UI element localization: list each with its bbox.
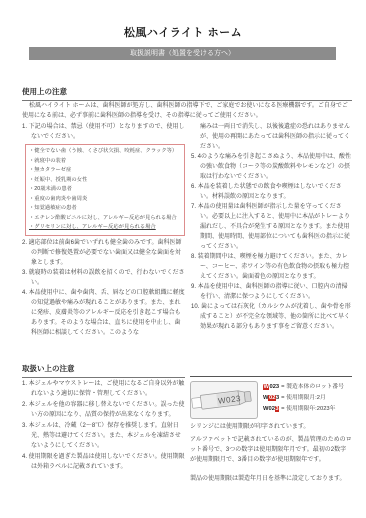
handling-precautions-list: 1. 本ジェルやマウストレーは、ご使用になるご自身以外が触れないよう適切に保管・… [22,379,185,473]
contra-item-glycerin: ・グリセリンに対し、アレルギー反応が見られる場合 [29,223,181,233]
usage-item-10: 10. 歯によっては石灰化（カルシウムが沈着し、歯や骨を形成すること）が不完全な… [191,302,352,332]
expiry-basis-note: 製品の使用期限は製造年月日を基準に設定しております。 [190,474,352,484]
syringe-photo-frame: W023 [190,381,258,419]
usage-item-8: 8. 装着期間中は、喫煙を極力避けてください。また、カレー、コーヒー、赤ワイン等… [191,252,352,282]
usage-item-9: 9. 本品を使用中は、歯科医師の指導に従い、口腔内の清掃を行い、清潔に保つように… [191,282,352,302]
legend-label: = 使用期限年:2023年 [281,406,335,412]
code-rest: 023 [269,384,279,390]
lot-illustration-row: W023 W023= 製造本体のロット番号 W023= 使用期限月:2月 W02… [190,376,352,419]
syringe-illustration: W023 [191,382,257,418]
contra-item: ・エチレン酢酸ビニルに対し、アレルギー反応が見られる場合 [29,214,181,224]
page-title: 松風ハイライト ホーム [0,24,366,40]
usage-item-6: 6. 本品を装着した状態での飲食や喫煙はしないでください。材料誤飲の原因となりま… [191,182,352,202]
instruction-banner: 取扱説明書（処置を受ける方へ） [29,47,336,60]
handling-item-2: 2. 本ジェルを他の容器に移し替えないでください。誤った使い方の原因になり、品質… [22,400,185,420]
contra-item: ・知覚過敏症の患者 [29,204,181,214]
handling-item-3: 3. 本ジェルは、冷蔵（2～8℃）保存を推奨します。直射日光、熱等は避けてくださ… [22,421,185,451]
handling-item-4: 4. 使用期限を過ぎた製品は使用しないでください。使用期限は外箱ラベルに記載され… [22,452,185,472]
legend-line-lot: W023= 製造本体のロット番号 [263,382,344,393]
usage-item-4-continuation: 痛みは一両日で消失し、以後後遺症の恐れはありませんが、使用の再開にあたっては歯科… [191,122,352,152]
usage-item-7: 7. 本品の使用量は歯科医師が指示した量を守ってください。必要以上に注入すると、… [191,202,352,252]
usage-precautions-heading: 使用上の注意 [22,86,352,101]
right-column: 痛みは一両日で消失し、以後後遺症の恐れはありませんが、使用の再開にあたっては歯科… [191,122,352,338]
legend-line-month: W023= 使用期限月:2月 [263,393,344,404]
two-column-body: 1. 下記の場合は、禁忌（使用不可）となりますので、使用しないでください。 ・健… [22,122,352,338]
code-highlight: 02 [268,395,275,401]
usage-item-5: 5. 4のような痛みを引き起こさぬよう、本品使用中は、酸性の強い飲食物（コーラ等… [191,152,352,182]
legend-label: = 製造本体のロット番号 [281,384,344,390]
instruction-sheet-page: 松風ハイライト ホーム 取扱説明書（処置を受ける方へ） 使用上の注意 松風ハイラ… [0,0,366,518]
contra-item: ・20歳未満の患者 [29,185,181,195]
legend-label: = 使用期限月:2月 [281,395,326,401]
contra-item: ・重度の歯肉炎や歯周炎 [29,195,181,205]
contraindication-box: ・健全でない歯（う蝕、くさび状欠損、咬耗症、クラック等） ・就寝中の装着 ・無カ… [25,144,185,236]
usage-item-1: 1. 下記の場合は、禁忌（使用不可）となりますので、使用しないでください。 [22,122,185,142]
usage-item-4: 4. 本品使用中に、歯や歯肉、舌、唇などの口腔軟組織に軽度の知覚過敏や痛みが現れ… [22,288,185,338]
left-column: 1. 下記の場合は、禁忌（使用不可）となりますので、使用しないでください。 ・健… [22,122,185,338]
handling-precautions-heading: 取扱い上の注意 [22,363,185,378]
code-pre: W02 [263,406,275,412]
contra-item: ・健全でない歯（う蝕、くさび状欠損、咬耗症、クラック等） [29,147,181,157]
handling-item-1: 1. 本ジェルやマウストレーは、ご使用になるご自身以外が触れないよう適切に保管・… [22,379,185,399]
lot-description-line-1: シリンジには使用期限が印字されています。 [190,422,352,432]
usage-item-3: 3. 就寝時の装着は材料の誤飲を招くので、行わないでください。 [22,268,185,288]
code-rest: 3 [276,395,279,401]
code-highlight: 3 [275,406,279,412]
lot-number-info-block: W023 W023= 製造本体のロット番号 W023= 使用期限月:2月 W02… [190,376,352,484]
contra-item: ・無カタラーゼ症 [29,166,181,176]
contra-item: ・妊娠中、授乳期の女性 [29,176,181,186]
legend-line-year: W023= 使用期限年:2023年 [263,404,344,415]
usage-item-2: 2. 適応部位は前歯6歯でいずれも健全歯のみです。歯科医師の判断で修復処置が必要… [22,238,185,268]
usage-intro-paragraph: 松風ハイライト ホームは、歯科医師が処方し、歯科医師の指導下で、ご家庭でお使いに… [22,101,352,121]
lot-description-line-2: アルファベットで記載されているのが、製品管理のためのロット番号で、3つの数字は使… [190,435,352,465]
lot-code-legend: W023= 製造本体のロット番号 W023= 使用期限月:2月 W023= 使用… [263,381,344,419]
contra-item: ・就寝中の装着 [29,157,181,167]
